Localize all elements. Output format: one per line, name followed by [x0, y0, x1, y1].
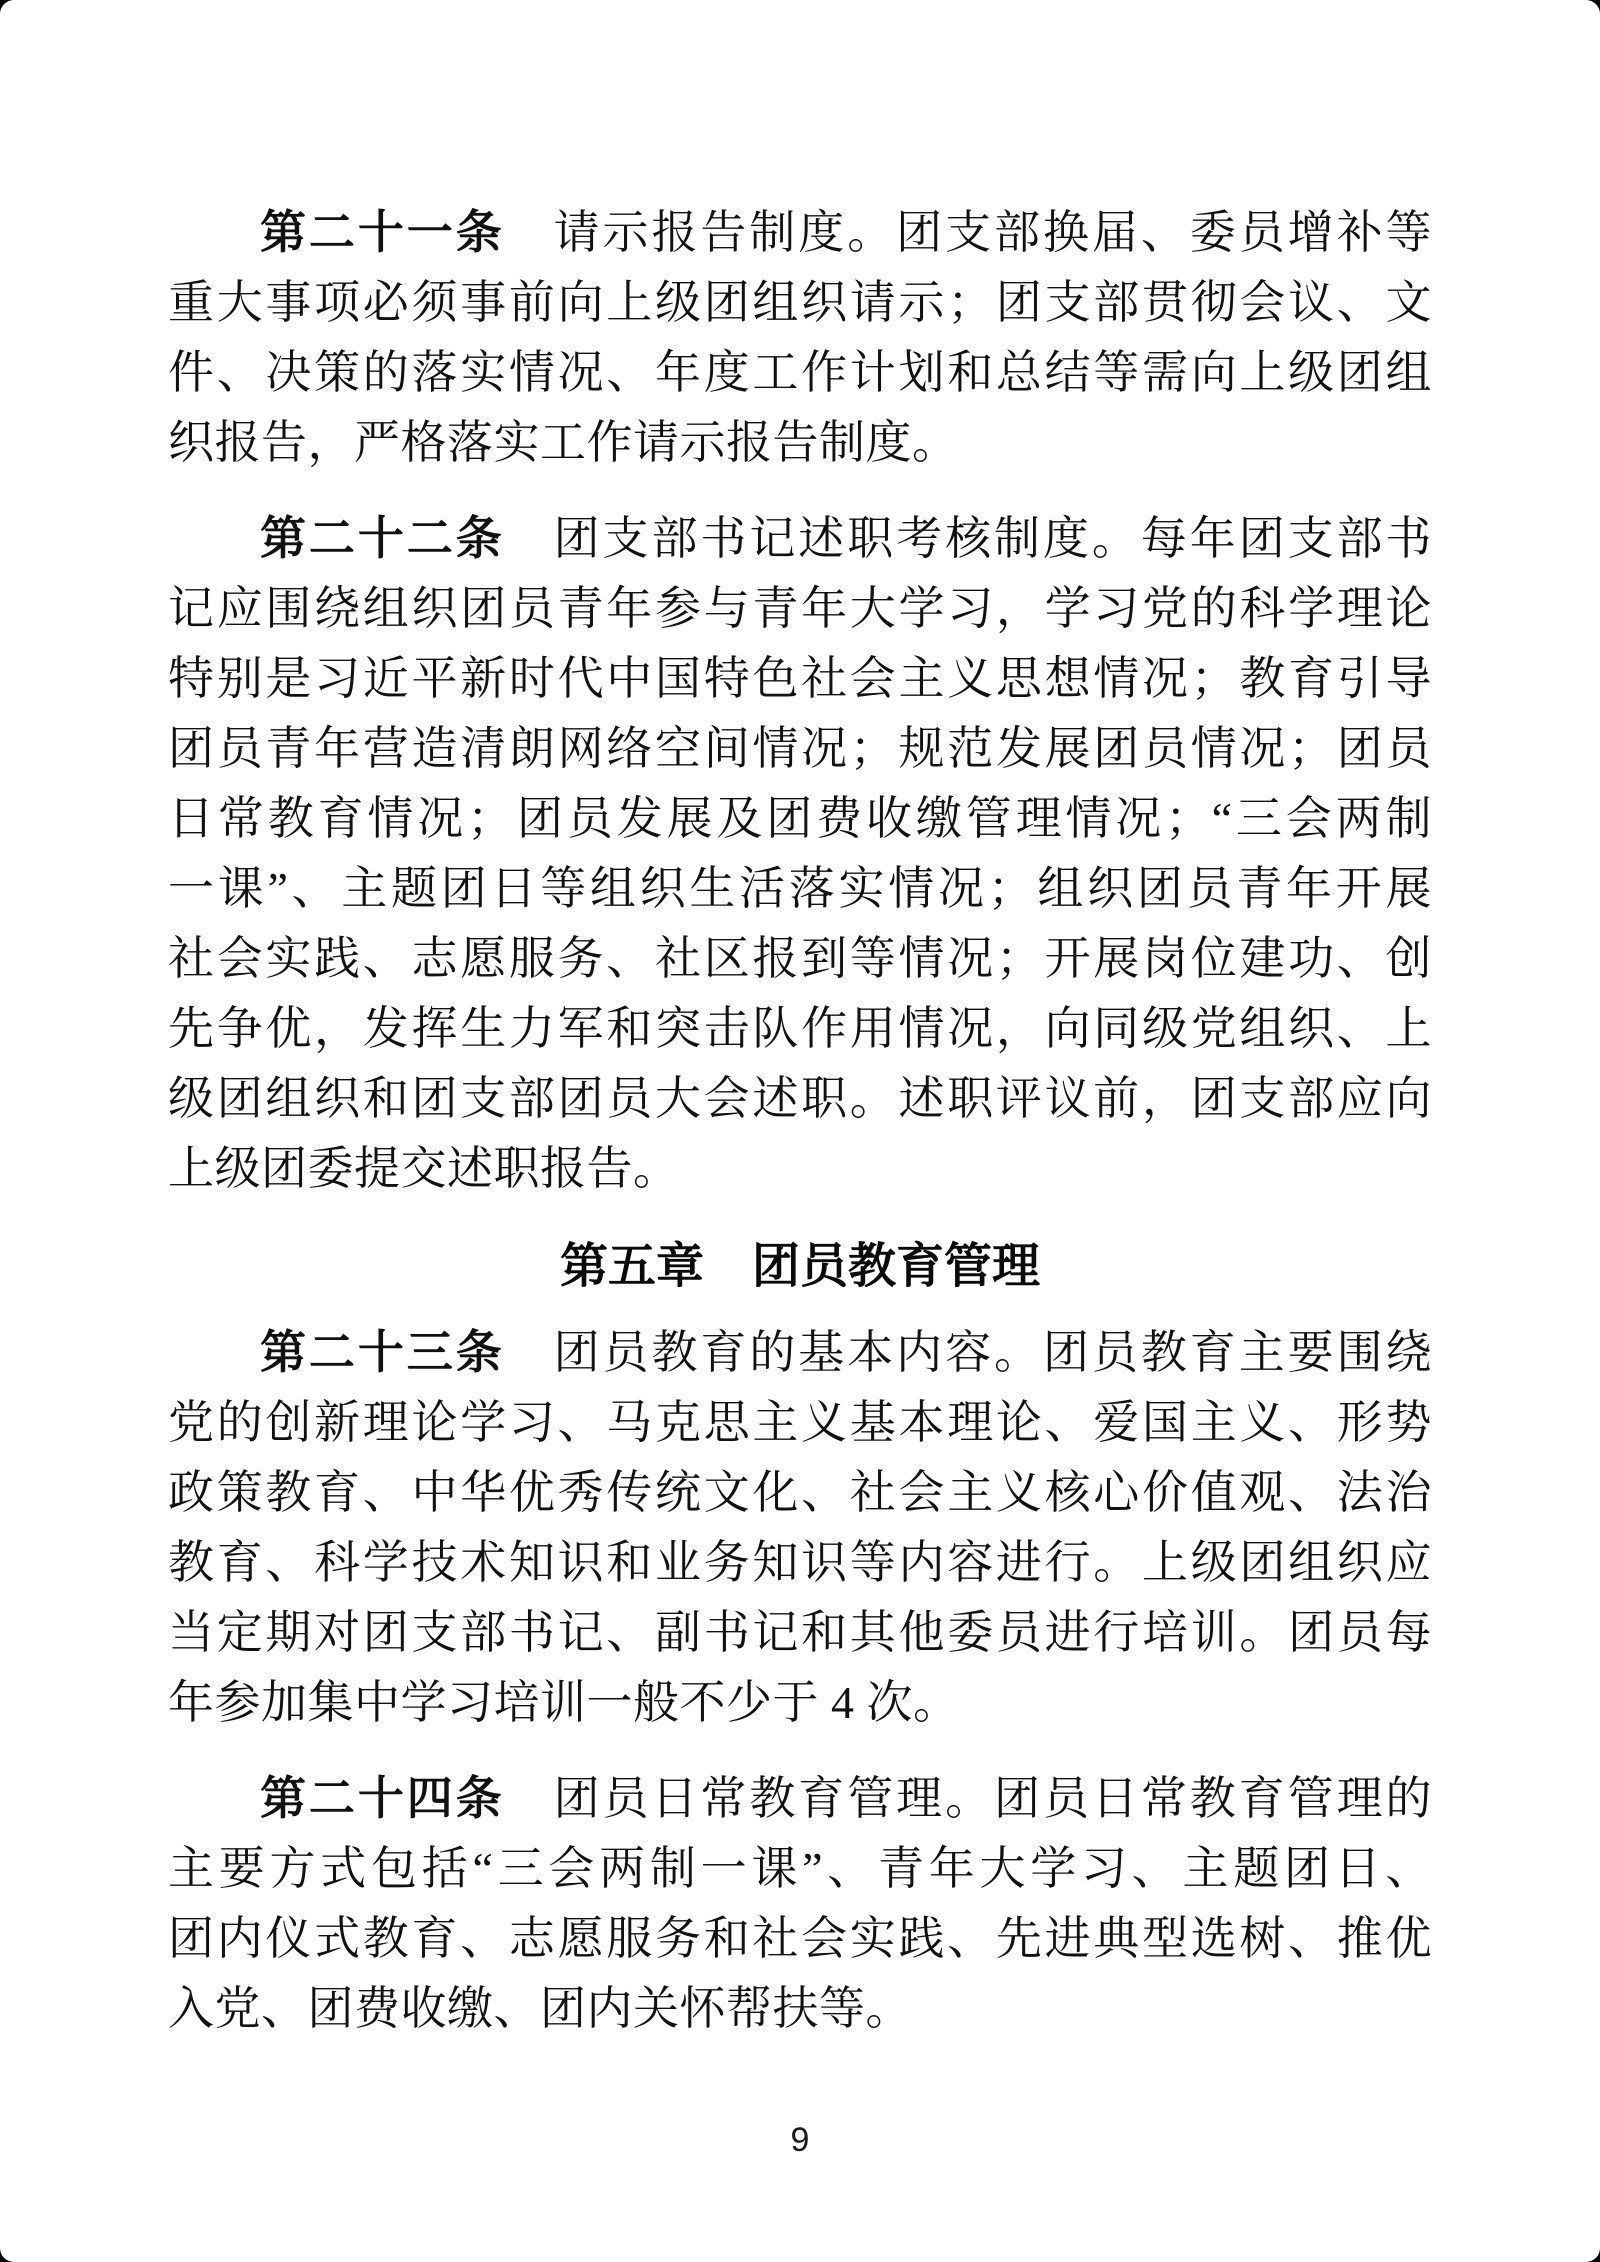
text-line: 一课”、主题团日等组织生活落实情况；组织团员青年开展: [168, 854, 1432, 924]
text-line: 团内仪式教育、志愿服务和社会实践、先进典型选树、推优: [168, 1904, 1432, 1974]
page-number: 9: [0, 2120, 1600, 2160]
text-line: 重大事项必须事前向上级团组织请示；团支部贯彻会议、文: [168, 268, 1432, 338]
text-line: 团员青年营造清朗网络空间情况；规范发展团员情况；团员: [168, 714, 1432, 784]
article-number: 第二十一条: [260, 207, 505, 258]
text-line: 政策教育、中华优秀传统文化、社会主义核心价值观、法治: [168, 1458, 1432, 1528]
document-body: 第二十一条 请示报告制度。团支部换届、委员增补等重大事项必须事前向上级团组织请示…: [168, 198, 1432, 2044]
text-line: 级团组织和团支部团员大会述职。述职评议前，团支部应向: [168, 1064, 1432, 1134]
text-line: 教育、科学技术知识和业务知识等内容进行。上级团组织应: [168, 1528, 1432, 1598]
text-line: 社会实践、志愿服务、社区报到等情况；开展岗位建功、创: [168, 924, 1432, 994]
article-number: 第二十三条: [260, 1327, 505, 1378]
article-paragraph: 第二十一条 请示报告制度。团支部换届、委员增补等重大事项必须事前向上级团组织请示…: [168, 198, 1432, 478]
article-paragraph: 第二十四条 团员日常教育管理。团员日常教育管理的主要方式包括“三会两制一课”、青…: [168, 1764, 1432, 2044]
text-line: 织报告，严格落实工作请示报告制度。: [168, 408, 1432, 478]
text-line: 年参加集中学习培训一般不少于 4 次。: [168, 1668, 1432, 1738]
text-line: 上级团委提交述职报告。: [168, 1134, 1432, 1204]
article-number: 第二十二条: [260, 513, 505, 564]
text-line: 主要方式包括“三会两制一课”、青年大学习、主题团日、: [168, 1834, 1432, 1904]
article-number: 第二十四条: [260, 1773, 505, 1824]
document-page: 第二十一条 请示报告制度。团支部换届、委员增补等重大事项必须事前向上级团组织请示…: [0, 0, 1600, 2262]
text-line: 先争优，发挥生力军和突击队作用情况，向同级党组织、上: [168, 994, 1432, 1064]
text-line: 当定期对团支部书记、副书记和其他委员进行培训。团员每: [168, 1598, 1432, 1668]
text-line: 入党、团费收缴、团内关怀帮扶等。: [168, 1974, 1432, 2044]
article-paragraph: 第二十三条 团员教育的基本内容。团员教育主要围绕党的创新理论学习、马克思主义基本…: [168, 1318, 1432, 1738]
text-line: 第二十四条 团员日常教育管理。团员日常教育管理的: [168, 1764, 1432, 1834]
text-line: 第二十一条 请示报告制度。团支部换届、委员增补等: [168, 198, 1432, 268]
text-line: 第二十三条 团员教育的基本内容。团员教育主要围绕: [168, 1318, 1432, 1388]
text-line: 日常教育情况；团员发展及团费收缴管理情况；“三会两制: [168, 784, 1432, 854]
chapter-heading: 第五章 团员教育管理: [168, 1226, 1432, 1308]
text-line: 件、决策的落实情况、年度工作计划和总结等需向上级团组: [168, 338, 1432, 408]
text-line: 第二十二条 团支部书记述职考核制度。每年团支部书: [168, 504, 1432, 574]
article-paragraph: 第二十二条 团支部书记述职考核制度。每年团支部书记应围绕组织团员青年参与青年大学…: [168, 504, 1432, 1204]
text-line: 记应围绕组织团员青年参与青年大学习，学习党的科学理论: [168, 574, 1432, 644]
text-line: 党的创新理论学习、马克思主义基本理论、爱国主义、形势: [168, 1388, 1432, 1458]
text-line: 特别是习近平新时代中国特色社会主义思想情况；教育引导: [168, 644, 1432, 714]
